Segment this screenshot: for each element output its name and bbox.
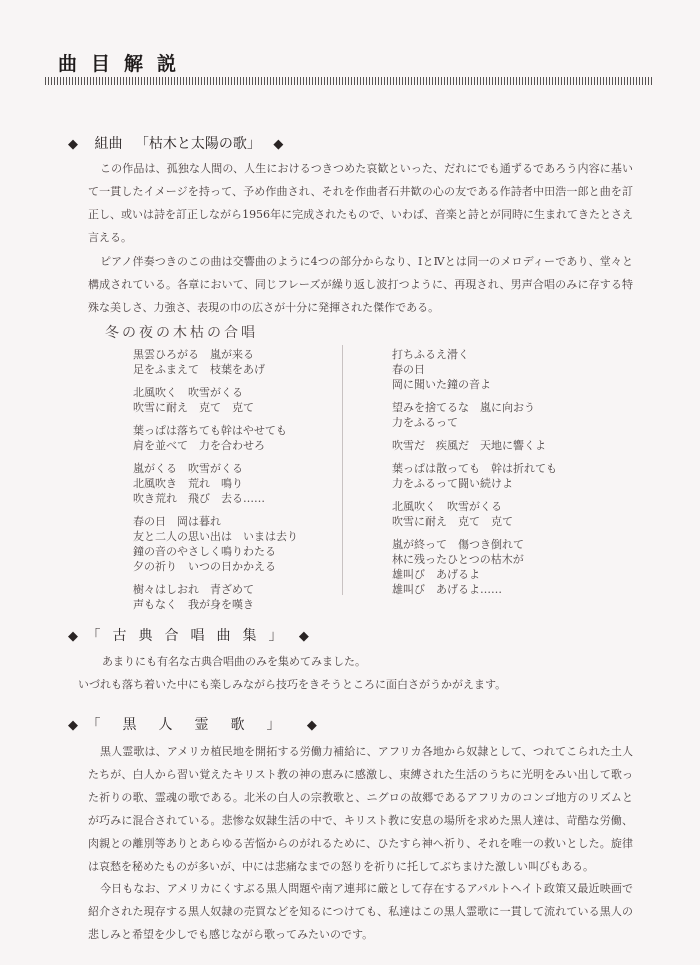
poem-line: 雄叫び あげるよ…… xyxy=(392,582,557,597)
stanza: 葉っぱは落ちても幹はやせても 肩を並べて 力を合わせろ xyxy=(133,423,298,453)
poem-line: 吹雪に耐え 克て 克て xyxy=(392,514,557,529)
poem-line: 嵐が終って 傷つき倒れて xyxy=(392,537,557,552)
poem-column-divider xyxy=(342,345,343,595)
poem-line: 岡に聞いた鐘の音よ xyxy=(392,377,557,392)
stanza: 北風吹く 吹雪がくる 吹雪に耐え 克て 克て xyxy=(133,385,298,415)
section-heading-classical: ◆ 「古典合唱曲集」 ◆ xyxy=(68,625,309,645)
poem-line: 樹々はしおれ 青ざめて xyxy=(133,582,298,597)
poem-line: 夕の祈り いつの日かかえる xyxy=(133,559,298,574)
poem-line: 林に残ったひとつの枯木が xyxy=(392,552,557,567)
stanza: 春の日 岡は暮れ 友と二人の思い出は いまは去り 鐘の音のやさしく鳴りわたる 夕… xyxy=(133,514,298,574)
poem-line: 北風吹く 吹雪がくる xyxy=(392,499,557,514)
poem-line: 北風吹く 吹雪がくる xyxy=(133,385,298,400)
stanza: 嵐が終って 傷つき倒れて 林に残ったひとつの枯木が 雄叫び あげるよ 雄叫び あ… xyxy=(392,537,557,597)
paragraph: 黒人霊歌は、アメリカ植民地を開拓する労働力補給に、アフリカ各地から奴隷として、つ… xyxy=(88,740,633,878)
poem-line: 吹雪だ 疾風だ 天地に響くよ xyxy=(392,438,557,453)
stanza: 打ちふるえ滑く 春の日 岡に聞いた鐘の音よ xyxy=(392,347,557,392)
poem-line: 雄叫び あげるよ xyxy=(392,567,557,582)
poem-line: 黒雲ひろがる 嵐が来る xyxy=(133,347,298,362)
heading-name: 「枯木と太陽の歌」 xyxy=(135,136,261,152)
poem-line: 春の日 岡は暮れ xyxy=(133,514,298,529)
paragraph: いづれも落ち着いた中にも楽しみながら技巧をきそうところに面白さがうかがえます。 xyxy=(78,673,638,696)
stanza: 吹雪だ 疾風だ 天地に響くよ xyxy=(392,438,557,453)
diamond-icon: ◆ xyxy=(299,629,309,644)
poem-line: 北風吹き 荒れ 鳴り xyxy=(133,476,298,491)
poem-line: 力をふるって闘い続けよ xyxy=(392,476,557,491)
paragraph: この作品は、孤独な人間の、人生におけるつきつめた哀歓といった、だれにでも通ずるで… xyxy=(88,157,633,249)
heading-prefix: 組曲 xyxy=(94,136,122,152)
poem-line: 望みを捨てるな 嵐に向おう xyxy=(392,400,557,415)
diamond-icon: ◆ xyxy=(273,137,283,152)
diamond-icon: ◆ xyxy=(68,718,78,733)
diamond-icon: ◆ xyxy=(68,629,78,644)
stanza: 樹々はしおれ 青ざめて 声もなく 我が身を嘆き xyxy=(133,582,298,612)
poem-line: 葉っぱは散っても 幹は折れても xyxy=(392,461,557,476)
page-title: 曲目解説 xyxy=(58,49,190,76)
poem-line: 嵐がくる 吹雪がくる xyxy=(133,461,298,476)
paragraph: ピアノ伴奏つきのこの曲は交響曲のように4つの部分からなり、ⅠとⅣとは同一のメロデ… xyxy=(88,250,633,319)
poem-line: 声もなく 我が身を嘆き xyxy=(133,597,298,612)
stanza: 葉っぱは散っても 幹は折れても 力をふるって闘い続けよ xyxy=(392,461,557,491)
poem-line: 友と二人の思い出は いまは去り xyxy=(133,529,298,544)
heading-name: 「黒人霊歌」 xyxy=(86,717,302,733)
poem-line: 打ちふるえ滑く xyxy=(392,347,557,362)
poem-line: 肩を並べて 力を合わせろ xyxy=(133,438,298,453)
poem-line: 葉っぱは落ちても幹はやせても xyxy=(133,423,298,438)
poem-line: 春の日 xyxy=(392,362,557,377)
poem-line: 足をふまえて 枝葉をあげ xyxy=(133,362,298,377)
poem-line: 鐘の音のやさしく鳴りわたる xyxy=(133,544,298,559)
stanza: 黒雲ひろがる 嵐が来る 足をふまえて 枝葉をあげ xyxy=(133,347,298,377)
title-rule-divider xyxy=(45,77,652,85)
stanza: 北風吹く 吹雪がくる 吹雪に耐え 克て 克て xyxy=(392,499,557,529)
poem-left-column: 黒雲ひろがる 嵐が来る 足をふまえて 枝葉をあげ 北風吹く 吹雪がくる 吹雪に耐… xyxy=(133,347,298,620)
stanza: 嵐がくる 吹雪がくる 北風吹き 荒れ 鳴り 吹き荒れ 飛び 去る…… xyxy=(133,461,298,506)
paragraph: あまりにも有名な古典合唱曲のみを集めてみました。 xyxy=(90,650,610,673)
poem-right-column: 打ちふるえ滑く 春の日 岡に聞いた鐘の音よ 望みを捨てるな 嵐に向おう 力をふる… xyxy=(392,347,557,605)
stanza: 望みを捨てるな 嵐に向おう 力をふるって xyxy=(392,400,557,430)
poem-line: 吹雪に耐え 克て 克て xyxy=(133,400,298,415)
section-heading-kareki: ◆ 組曲 「枯木と太陽の歌」 ◆ xyxy=(68,133,283,153)
poem-title: 冬の夜の木枯の合唱 xyxy=(105,322,258,342)
poem-line: 力をふるって xyxy=(392,415,557,430)
section-heading-spirituals: ◆ 「黒人霊歌」 ◆ xyxy=(68,714,317,734)
paragraph: 今日もなお、アメリカにくすぶる黒人問題や南ア連邦に厳として存在するアパルトヘイト… xyxy=(88,877,633,946)
diamond-icon: ◆ xyxy=(307,718,317,733)
heading-name: 「古典合唱曲集」 xyxy=(86,628,294,644)
poem-line: 吹き荒れ 飛び 去る…… xyxy=(133,491,298,506)
diamond-icon: ◆ xyxy=(68,137,78,152)
